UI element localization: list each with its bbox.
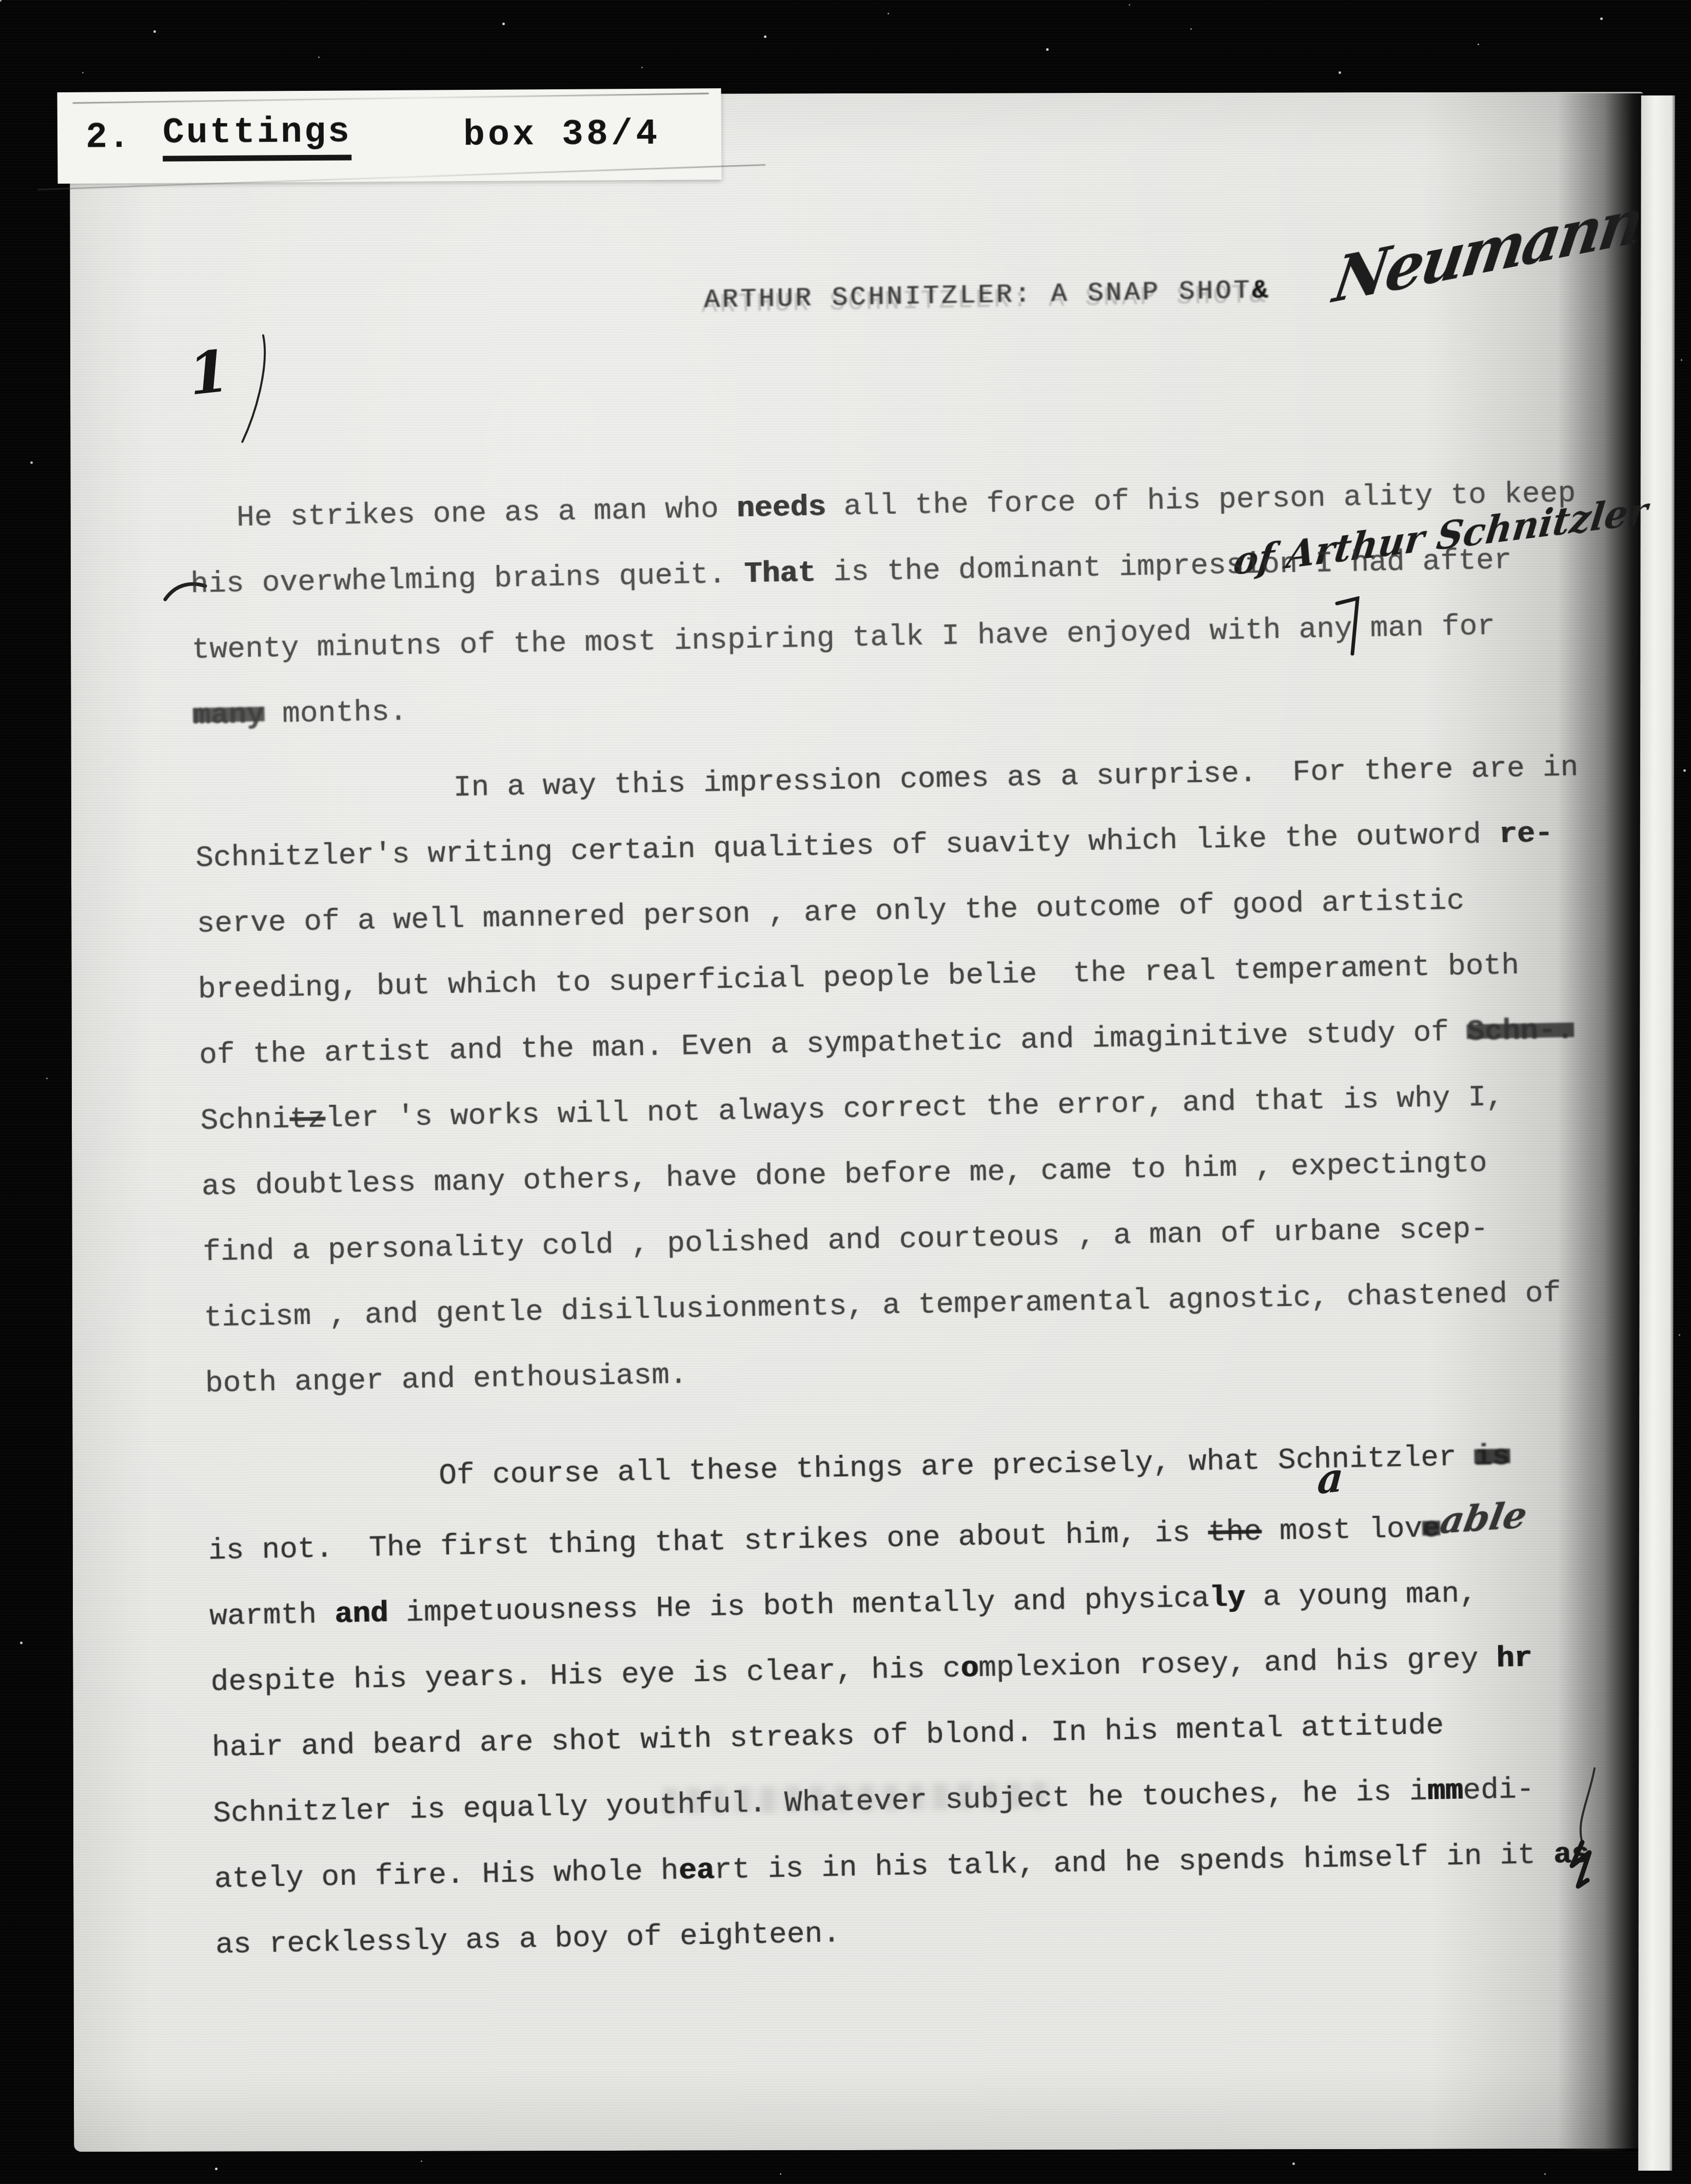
text-segment: as recklessly as a boy of eighteen. xyxy=(215,1917,841,1962)
text-segment: twenty minutns of the most inspiring tal… xyxy=(191,610,1496,667)
text-segment: ticism , and gentle disillusionments, a … xyxy=(204,1277,1561,1335)
text-segment: Schnitzler's writing certain qualities o… xyxy=(195,818,1500,875)
text-segment: ler 's works will not always correct the… xyxy=(325,1081,1504,1136)
text-segment: He strikes one as a man who xyxy=(237,492,737,535)
paragraph: Of course all these things are precisely… xyxy=(206,1421,1652,1978)
paragraph: He strikes one as a man who needs all th… xyxy=(189,460,1630,749)
page-number-digit: 1 xyxy=(185,337,232,408)
text-segment: months. xyxy=(264,695,408,731)
text-segment: tz xyxy=(289,1102,326,1136)
typescript: He strikes one as a man who needs all th… xyxy=(189,460,1653,1979)
text-segment: the xyxy=(1208,1515,1262,1550)
text-segment: rt is in his talk, and he spends himself… xyxy=(714,1839,1554,1887)
text-segment: is the dominant impression I had after xyxy=(815,544,1512,590)
text-segment: impetuousness He is both mentally and ph… xyxy=(388,1582,1210,1630)
text-segment: and xyxy=(334,1597,388,1631)
text-segment: needs xyxy=(736,491,826,525)
text-segment: Schn-. xyxy=(1467,1014,1575,1049)
text-segment: a young man, xyxy=(1245,1577,1478,1614)
text-segment: Schni xyxy=(200,1103,290,1138)
page-number-annotation: 1 xyxy=(185,333,283,450)
text-segment: is xyxy=(1474,1440,1510,1474)
label-box-number: box 38/4 xyxy=(463,114,661,155)
text-segment: despite his years. His eye is clear, his… xyxy=(210,1652,961,1700)
text-segment: find a personality cold , polished and c… xyxy=(203,1213,1489,1270)
text-segment: edi- xyxy=(1463,1773,1535,1808)
text-segment: o xyxy=(960,1652,979,1686)
text-segment: many xyxy=(193,698,265,733)
text-segment: ea xyxy=(678,1854,715,1888)
film-grain-speckles xyxy=(0,0,2,2)
text-segment: mplexion rosey, and his grey xyxy=(978,1643,1497,1685)
label-category: Cuttings xyxy=(163,112,352,161)
paragraph: In a way this impression comes as a surp… xyxy=(194,734,1642,1417)
text-segment: all the force of his person ality to kee… xyxy=(825,477,1576,524)
text-segment: able xyxy=(1435,1482,1532,1554)
text-segment: hair and beard are shot with streaks of … xyxy=(211,1709,1444,1765)
text-segment: serve of a well mannered person , are on… xyxy=(196,885,1465,941)
text-segment: hr xyxy=(1496,1642,1532,1675)
text-segment: That xyxy=(744,557,816,592)
page-title-flourish: & xyxy=(1252,276,1271,306)
text-segment: re- xyxy=(1499,817,1553,851)
text-segment: mm xyxy=(1427,1775,1463,1808)
text-segment: warmth xyxy=(209,1598,335,1633)
scanned-photo: { "archive_label": { "index": "2.", "cat… xyxy=(0,0,1691,2184)
text-segment: most lov xyxy=(1262,1512,1423,1549)
paper-streak xyxy=(73,93,709,104)
text-segment: both anger and enthousiasm. xyxy=(205,1358,687,1400)
text-segment: as doubtless many others, have done befo… xyxy=(201,1147,1487,1204)
text-segment: of the artist and the man. Even a sympat… xyxy=(199,1016,1467,1072)
text-segment: ately on fire. His whole h xyxy=(214,1855,679,1897)
text-segment: Of course all these things are precisely… xyxy=(439,1440,1475,1493)
label-index: 2. xyxy=(86,118,131,159)
text-segment: ly xyxy=(1209,1582,1246,1615)
text-segment: is not. The first thing that strikes one… xyxy=(208,1516,1208,1568)
margin-squiggle-icon xyxy=(1550,1765,1607,1927)
text-segment: his overwhelming brains queit. xyxy=(190,558,744,601)
text-segment: In a way this impression comes as a surp… xyxy=(453,751,1579,805)
archive-label: 2. Cuttings box 38/4 xyxy=(57,88,721,184)
text-segment: breeding, but which to superficial peopl… xyxy=(198,949,1519,1007)
